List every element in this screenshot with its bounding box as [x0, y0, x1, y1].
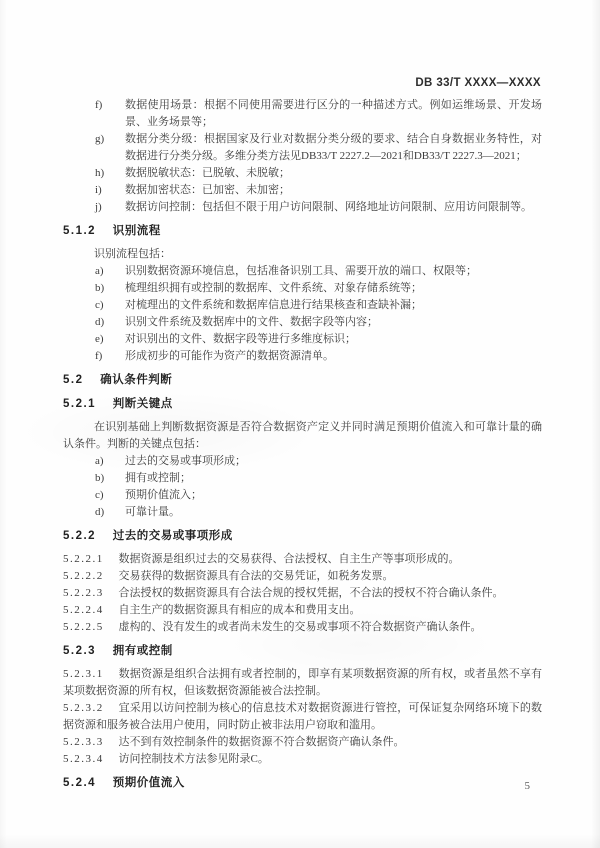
clause-number: 5.2.2.5 [63, 621, 104, 633]
list-item-512-d: d) 识别文件系统及数据库中的文件、数据字段等内容； [63, 314, 542, 331]
list-item-521-a: a) 过去的交易或事项形成； [63, 453, 542, 470]
list-marker: g) [95, 131, 104, 148]
list-item-521-b: b) 拥有或控制； [63, 470, 542, 487]
section-number: 5.1.2 [63, 225, 96, 237]
list-text: 识别数据资源环境信息，包括准备识别工具、需要开放的端口、权限等； [125, 265, 477, 277]
clause-number: 5.2.3.4 [63, 753, 104, 765]
list-text: 数据脱敏状态：已脱敏、未脱敏； [125, 167, 290, 179]
list-marker: j) [95, 199, 102, 216]
list-item-g: g) 数据分类分级：根据国家及行业对数据分类分级的要求、结合自身数据业务特性，对… [63, 131, 542, 165]
list-item-512-e: e) 对识别出的文件、数据字段等进行多维度标识； [63, 331, 542, 348]
clause-5-2-2-5: 5.2.2.5 虚构的、没有发生的或者尚未发生的交易或事项不符合数据资产确认条件… [63, 619, 542, 636]
list-item-j: j) 数据访问控制：包括但不限于用户访问限制、网络地址访问限制、应用访问限制等。 [63, 199, 542, 216]
section-title: 过去的交易或事项形成 [113, 530, 233, 542]
document-header-reference: DB 33/T XXXX—XXXX [415, 77, 541, 89]
list-item-521-c: c) 预期价值流入； [63, 487, 542, 504]
section-heading-5-2-3: 5.2.3 拥有或控制 [63, 643, 542, 660]
section-heading-5-1-2: 5.1.2 识别流程 [63, 223, 542, 240]
list-marker: d) [95, 504, 104, 521]
list-text: 可靠计量。 [125, 506, 180, 518]
document-content: f) 数据使用场景：根据不同使用需要进行区分的一种描述方式。例如运维场景、开发场… [63, 97, 542, 798]
clause-5-2-2-1: 5.2.2.1 数据资源是组织过去的交易获得、合法授权、自主生产等事项形成的。 [63, 551, 542, 568]
list-item-512-b: b) 梳理组织拥有或控制的数据库、文件系统、对象存储系统等； [63, 280, 542, 297]
clause-text: 交易获得的数据资源具有合法的交易凭证，如税务发票。 [119, 570, 394, 582]
clause-number: 5.2.2.3 [63, 587, 104, 599]
clause-text: 自主生产的数据资源具有相应的成本和费用支出。 [119, 604, 361, 616]
clause-number: 5.2.3.1 [63, 668, 104, 680]
list-item-h: h) 数据脱敏状态：已脱敏、未脱敏； [63, 165, 542, 182]
clause-number: 5.2.3.3 [63, 736, 104, 748]
list-item-f: f) 数据使用场景：根据不同使用需要进行区分的一种描述方式。例如运维场景、开发场… [63, 97, 542, 131]
section-title: 确认条件判断 [100, 374, 172, 386]
section-number: 5.2.2 [63, 530, 96, 542]
clause-text: 虚构的、没有发生的或者尚未发生的交易或事项不符合数据资产确认条件。 [119, 621, 482, 633]
section-heading-5-2-4: 5.2.4 预期价值流入 [63, 775, 542, 792]
list-text: 梳理组织拥有或控制的数据库、文件系统、对象存储系统等； [125, 282, 422, 294]
section-title: 判断关键点 [113, 398, 173, 410]
list-marker: c) [95, 297, 104, 314]
list-text: 对识别出的文件、数据字段等进行多维度标识； [125, 333, 356, 345]
clause-text: 数据资源是组织合法拥有或者控制的，即享有某项数据资源的所有权，或者虽然不享有某项… [63, 668, 542, 697]
clause-5-2-2-2: 5.2.2.2 交易获得的数据资源具有合法的交易凭证，如税务发票。 [63, 568, 542, 585]
clause-number: 5.2.2.1 [63, 553, 104, 565]
clause-number: 5.2.3.2 [63, 702, 104, 714]
list-marker: e) [95, 331, 104, 348]
list-marker: d) [95, 314, 104, 331]
clause-text: 达不到有效控制条件的数据资源不符合数据资产确认条件。 [119, 736, 405, 748]
list-text: 拥有或控制； [125, 472, 191, 484]
section-number: 5.2.3 [63, 645, 96, 657]
list-marker: f) [95, 348, 102, 365]
section-heading-5-2: 5.2 确认条件判断 [63, 372, 542, 389]
clause-5-2-2-3: 5.2.2.3 合法授权的数据资源具有合法合规的授权凭据，不合法的授权不符合确认… [63, 585, 542, 602]
list-marker: c) [95, 487, 104, 504]
document-page: DB 33/T XXXX—XXXX f) 数据使用场景：根据不同使用需要进行区分… [0, 0, 600, 848]
list-marker: h) [95, 165, 104, 182]
list-marker: b) [95, 280, 104, 297]
section-heading-5-2-1: 5.2.1 判断关键点 [63, 396, 542, 413]
list-item-i: i) 数据加密状态：已加密、未加密； [63, 182, 542, 199]
list-item-512-f: f) 形成初步的可能作为资产的数据资源清单。 [63, 348, 542, 365]
list-marker: a) [95, 453, 104, 470]
list-text: 识别文件系统及数据库中的文件、数据字段等内容； [125, 316, 378, 328]
clause-text: 宜采用以访问控制为核心的信息技术对数据资源进行管控，可保证复杂网络环境下的数据资… [63, 702, 542, 731]
list-text: 过去的交易或事项形成； [125, 455, 246, 467]
list-marker: i) [95, 182, 102, 199]
clause-text: 数据资源是组织过去的交易获得、合法授权、自主生产等事项形成的。 [119, 553, 460, 565]
section-number: 5.2.4 [63, 777, 96, 789]
list-marker: f) [95, 97, 102, 114]
list-text: 数据访问控制：包括但不限于用户访问限制、网络地址访问限制、应用访问限制等。 [125, 201, 532, 213]
section-number: 5.2 [63, 374, 84, 386]
clause-text: 访问控制技术方法参见附录C。 [119, 753, 269, 765]
clause-5-2-3-3: 5.2.3.3 达不到有效控制条件的数据资源不符合数据资产确认条件。 [63, 734, 542, 751]
list-text: 对梳理出的文件系统和数据库信息进行结果核查和查缺补漏； [125, 299, 422, 311]
page-number: 5 [525, 780, 531, 792]
clause-number: 5.2.2.2 [63, 570, 104, 582]
section-title: 识别流程 [113, 225, 161, 237]
list-marker: a) [95, 263, 104, 280]
clause-5-2-3-1: 5.2.3.1 数据资源是组织合法拥有或者控制的，即享有某项数据资源的所有权，或… [63, 666, 542, 700]
list-text: 形成初步的可能作为资产的数据资源清单。 [125, 350, 334, 362]
section-heading-5-2-2: 5.2.2 过去的交易或事项形成 [63, 528, 542, 545]
list-marker: b) [95, 470, 104, 487]
list-item-512-a: a) 识别数据资源环境信息，包括准备识别工具、需要开放的端口、权限等； [63, 263, 542, 280]
clause-number: 5.2.2.4 [63, 604, 104, 616]
list-text: 预期价值流入； [125, 489, 202, 501]
clause-5-2-3-2: 5.2.3.2 宜采用以访问控制为核心的信息技术对数据资源进行管控，可保证复杂网… [63, 700, 542, 734]
section-title: 拥有或控制 [113, 645, 173, 657]
section-number: 5.2.1 [63, 398, 96, 410]
clause-5-2-2-4: 5.2.2.4 自主生产的数据资源具有相应的成本和费用支出。 [63, 602, 542, 619]
paragraph-521: 在识别基础上判断数据资源是否符合数据资产定义并同时满足预期价值流入和可靠计量的确… [63, 419, 542, 453]
clause-5-2-3-4: 5.2.3.4 访问控制技术方法参见附录C。 [63, 751, 542, 768]
list-text: 数据加密状态：已加密、未加密； [125, 184, 290, 196]
list-text: 数据使用场景：根据不同使用需要进行区分的一种描述方式。例如运维场景、开发场景、业… [125, 99, 542, 128]
list-item-521-d: d) 可靠计量。 [63, 504, 542, 521]
section-title: 预期价值流入 [113, 777, 185, 789]
paragraph-512-intro: 识别流程包括： [63, 246, 542, 263]
list-item-512-c: c) 对梳理出的文件系统和数据库信息进行结果核查和查缺补漏； [63, 297, 542, 314]
clause-text: 合法授权的数据资源具有合法合规的授权凭据，不合法的授权不符合确认条件。 [119, 587, 504, 599]
list-text: 数据分类分级：根据国家及行业对数据分类分级的要求、结合自身数据业务特性，对数据进… [125, 133, 542, 162]
